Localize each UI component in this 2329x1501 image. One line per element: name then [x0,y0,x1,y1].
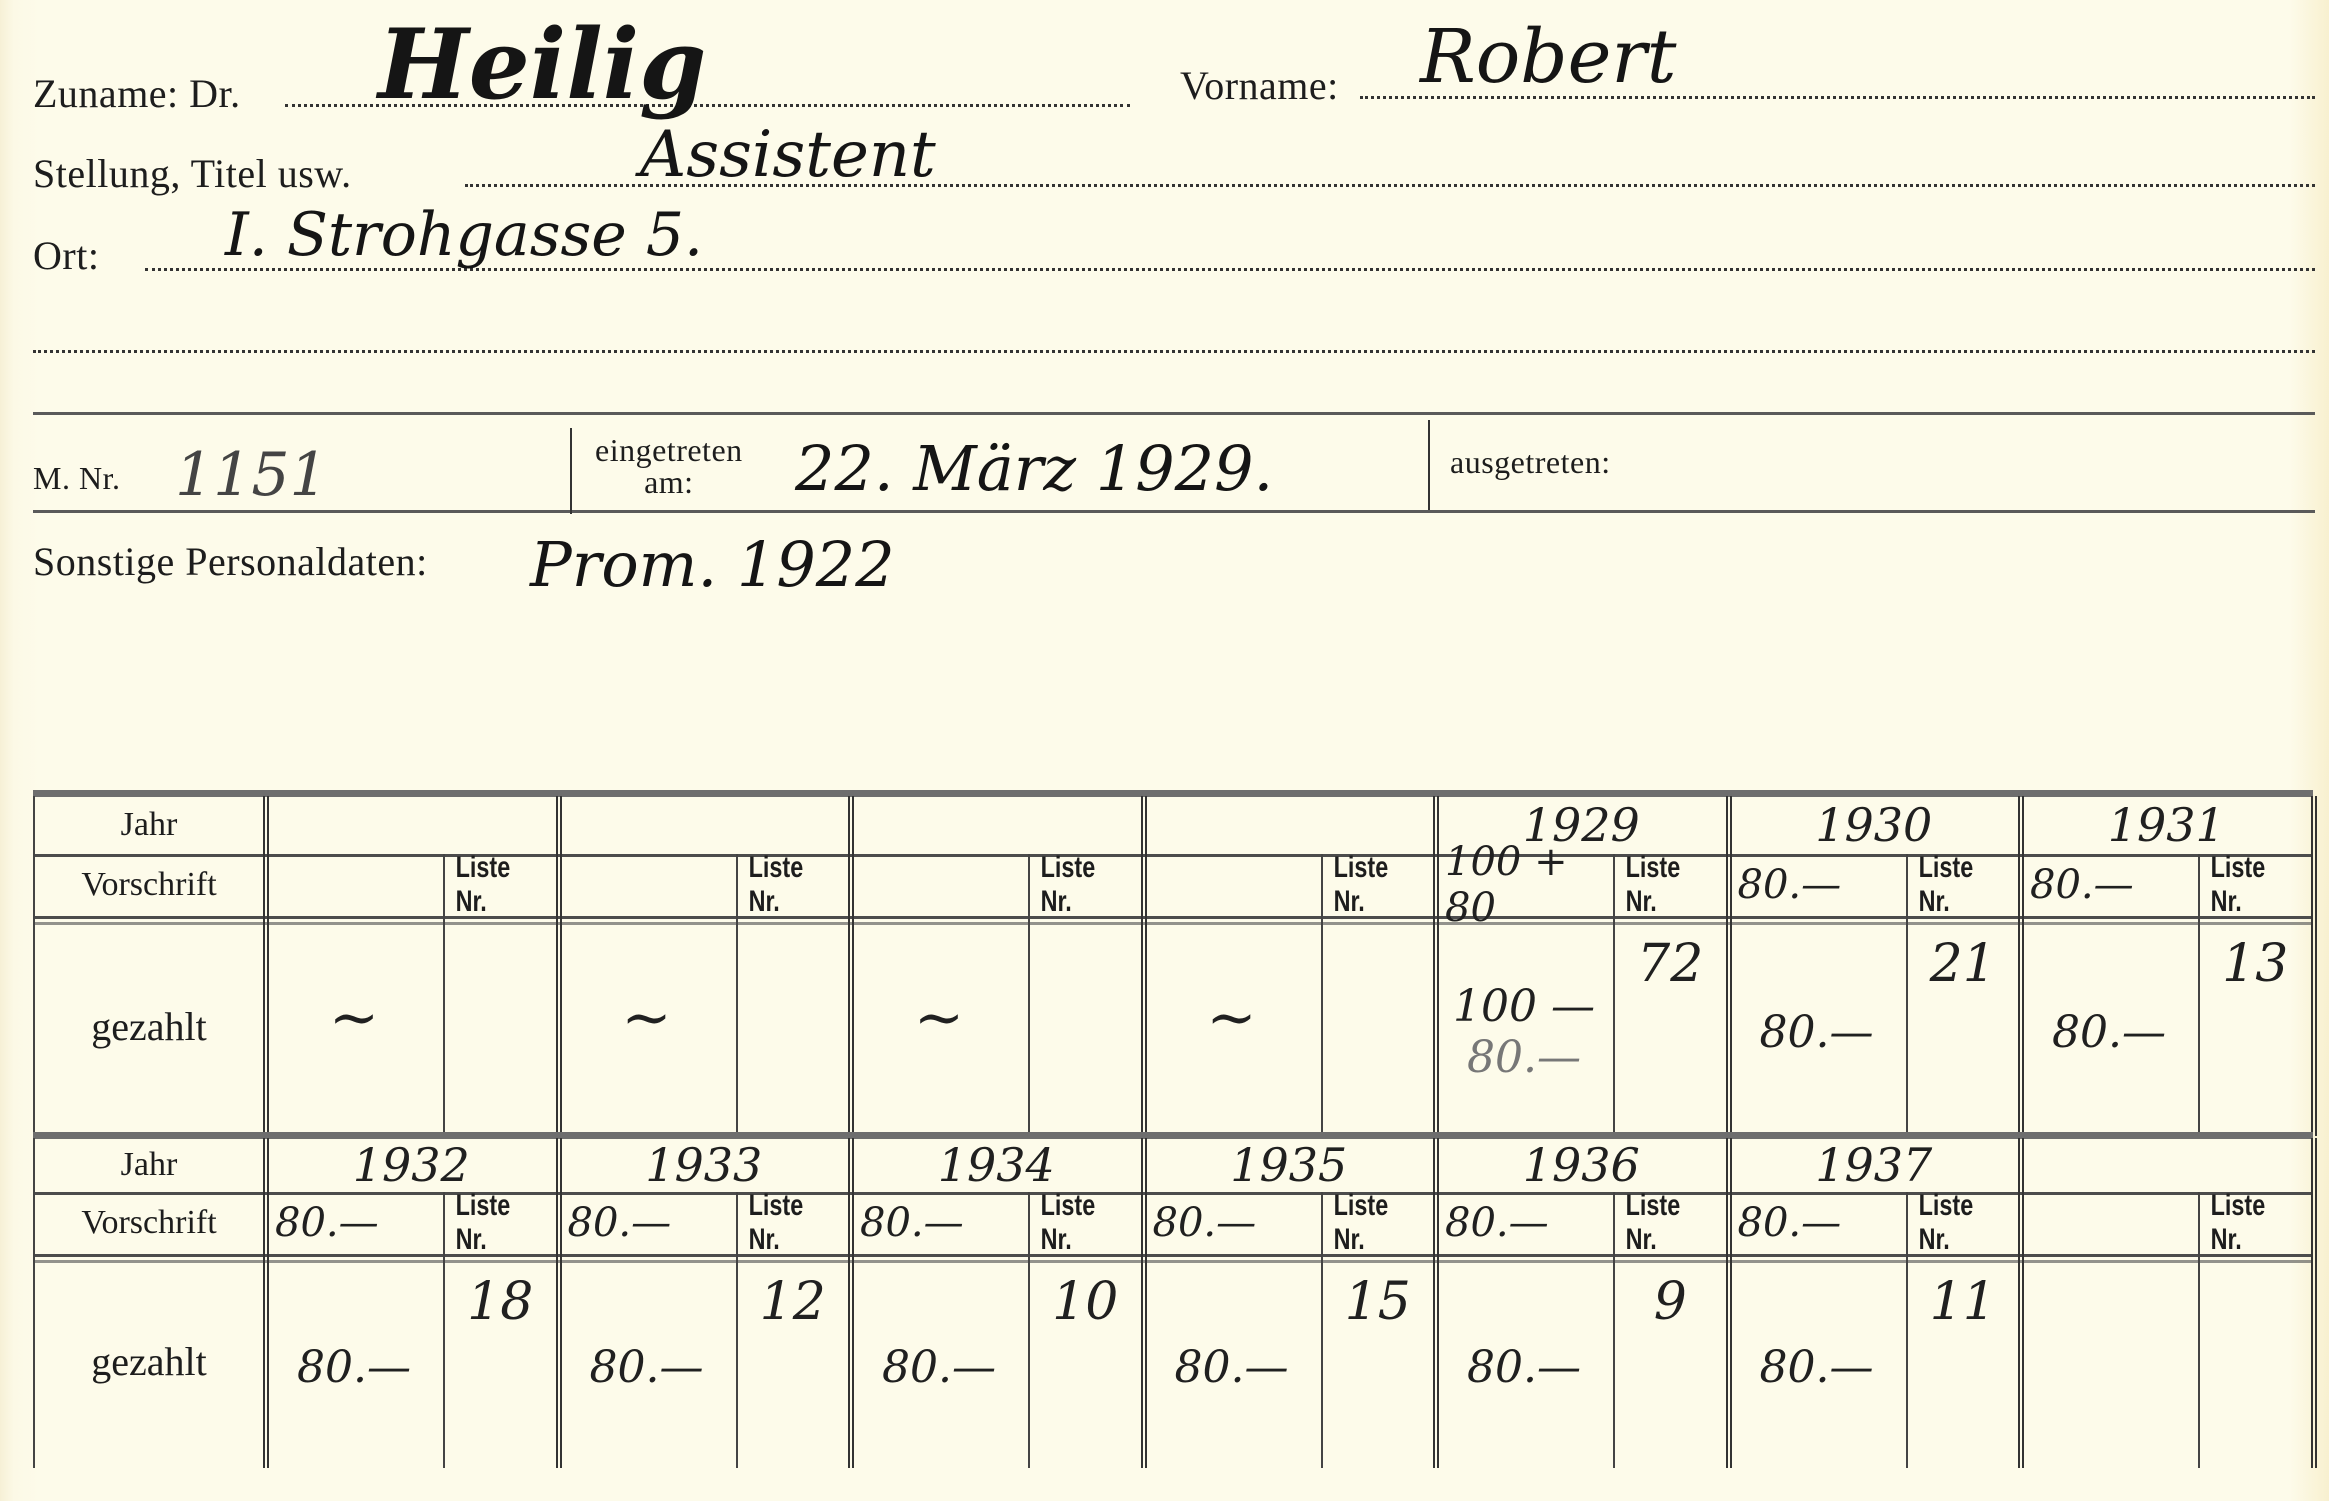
other-data-label: Sonstige Personaldaten: [33,538,428,585]
paid-amount: 80.— [1760,1007,1874,1058]
prescribed-cell: 80.— [1728,1192,1906,1254]
list-no-cell: 72 [1613,934,1728,1136]
year-cell: 1936 [1435,1138,1728,1192]
paid-cell: ~ [850,914,1028,1122]
list-no-cell [443,934,558,1136]
year-cell [2020,1138,2313,1192]
list-no-cell: 9 [1613,1272,1728,1468]
list-no-cell: 10 [1028,1272,1143,1468]
paid-amount: ~ [621,983,671,1053]
list-no-cell: 11 [1906,1272,2021,1468]
prescribed-cell: 80.— [1435,1192,1613,1254]
paid-amount: 80.— [2052,1007,2166,1058]
paid-cell: ~ [265,914,443,1122]
divider-top [33,412,2315,415]
firstname-label: Vorname: [1180,62,1339,109]
membership-card: Zuname: Dr. Heilig Vorname: Robert Stell… [0,0,2329,1501]
divider-vertical-2 [1428,420,1430,510]
prescribed-cell: 80.— [850,1192,1028,1254]
lower-block: JahrVorschriftgezahlt193280.—Liste Nr.80… [33,1138,2313,1468]
list-no-cell [2198,1272,2313,1468]
divider-bottom [33,510,2315,513]
list-no-cell: 21 [1906,934,2021,1136]
year-cell: 1934 [850,1138,1143,1192]
prescribed-cell [1143,854,1321,916]
prescribed-cell [265,854,443,916]
list-no-cell: 12 [736,1272,851,1468]
upper-block: JahrVorschriftgezahltListe Nr.~Liste Nr.… [33,796,2313,1136]
list-no-header: Liste Nr. [1333,1192,1422,1254]
place-value: I. Strohgasse 5. [225,200,703,270]
prescribed-cell: 80.— [1728,854,1906,916]
year-cell: 1935 [1143,1138,1436,1192]
table-right-border [2311,796,2317,1136]
paid-cell: ~ [1143,914,1321,1122]
list-no-cell [1028,934,1143,1136]
year-cell: 1932 [265,1138,558,1192]
paid-amount: 80.— [1467,1342,1581,1393]
member-no-value: 1151 [175,440,328,510]
paid-amount: ~ [1206,983,1256,1053]
prescribed-cell: 100 + 80 [1435,854,1613,916]
list-no-header: Liste Nr. [2211,1192,2300,1254]
paid-amount: ~ [914,983,964,1053]
other-data-value: Prom. 1922 [530,528,895,601]
row-label-prescribed: Vorschrift [33,1192,265,1254]
year-cell: 1930 [1728,796,2021,854]
list-no-cell [736,934,851,1136]
fee-table: JahrVorschriftgezahltListe Nr.~Liste Nr.… [33,782,2313,1482]
list-no-header: Liste Nr. [1041,1192,1130,1254]
joined-label: eingetreten am: [595,434,743,498]
firstname-value: Robert [1420,14,1677,100]
year-cell: 1933 [558,1138,851,1192]
prescribed-cell: 80.— [558,1192,736,1254]
list-no-header: Liste Nr. [1626,854,1715,916]
paid-cell: 80.— [265,1266,443,1468]
surname-label: Zuname: Dr. [33,70,241,117]
left-label: ausgetreten: [1450,444,1611,481]
row-label-prescribed: Vorschrift [33,854,265,916]
paid-cell: 80.— [1728,928,1906,1136]
list-no-cell: 15 [1321,1272,1436,1468]
paid-cell: 80.— [850,1266,1028,1468]
list-no-header: Liste Nr. [2211,854,2300,916]
list-no-header: Liste Nr. [456,1192,545,1254]
prescribed-cell: 80.— [265,1192,443,1254]
paid-amount: 100 — [1453,981,1595,1032]
table-right-border [2311,1138,2317,1468]
list-no-cell [1321,934,1436,1136]
row-rule [33,1260,2313,1263]
prescribed-cell [558,854,736,916]
paid-cell: 100 —80.— [1435,928,1613,1136]
list-no-cell: 13 [2198,934,2313,1136]
prescribed-cell: 80.— [1143,1192,1321,1254]
paid-cell: 80.— [558,1266,736,1468]
place-label: Ort: [33,232,99,279]
row-label-year: Jahr [33,796,265,854]
year-cell [265,796,558,854]
paid-cell [2020,1266,2198,1468]
list-no-header: Liste Nr. [1626,1192,1715,1254]
divider-vertical-1 [570,428,572,514]
list-no-header: Liste Nr. [1918,854,2007,916]
list-no-header: Liste Nr. [748,1192,837,1254]
paid-amount: 80.— [297,1342,411,1393]
paid-amount: 80.— [590,1342,704,1393]
list-no-header: Liste Nr. [748,854,837,916]
list-no-header: Liste Nr. [1333,854,1422,916]
prescribed-cell: 80.— [2020,854,2198,916]
year-cell: 1931 [2020,796,2313,854]
position-value: Assistent [640,118,936,192]
member-no-label: M. Nr. [33,460,120,497]
paid-amount-secondary: 80.— [1467,1032,1581,1083]
row-label-year: Jahr [33,1138,265,1192]
list-no-header: Liste Nr. [456,854,545,916]
paid-amount: 80.— [1175,1342,1289,1393]
row-label-paid: gezahlt [33,916,265,1136]
prescribed-cell [2020,1192,2198,1254]
row-label-paid: gezahlt [33,1254,265,1468]
paid-amount: 80.— [1760,1342,1874,1393]
paid-cell: 80.— [2020,928,2198,1136]
year-cell [558,796,851,854]
paid-cell: 80.— [1435,1266,1613,1468]
list-no-cell: 18 [443,1272,558,1468]
paid-amount: 80.— [882,1342,996,1393]
list-no-header: Liste Nr. [1918,1192,2007,1254]
paid-amount: ~ [329,983,379,1053]
extra-line [33,350,2315,353]
joined-label-line2: am: [595,466,743,498]
paid-cell: 80.— [1728,1266,1906,1468]
paid-cell: 80.— [1143,1266,1321,1468]
position-label: Stellung, Titel usw. [33,150,352,197]
prescribed-cell [850,854,1028,916]
year-cell: 1937 [1728,1138,2021,1192]
paid-cell: ~ [558,914,736,1122]
list-no-header: Liste Nr. [1041,854,1130,916]
joined-label-line1: eingetreten [595,434,743,466]
year-cell [1143,796,1436,854]
joined-value: 22. März 1929. [795,432,1273,505]
year-cell [850,796,1143,854]
surname-value: Heilig [378,8,706,121]
